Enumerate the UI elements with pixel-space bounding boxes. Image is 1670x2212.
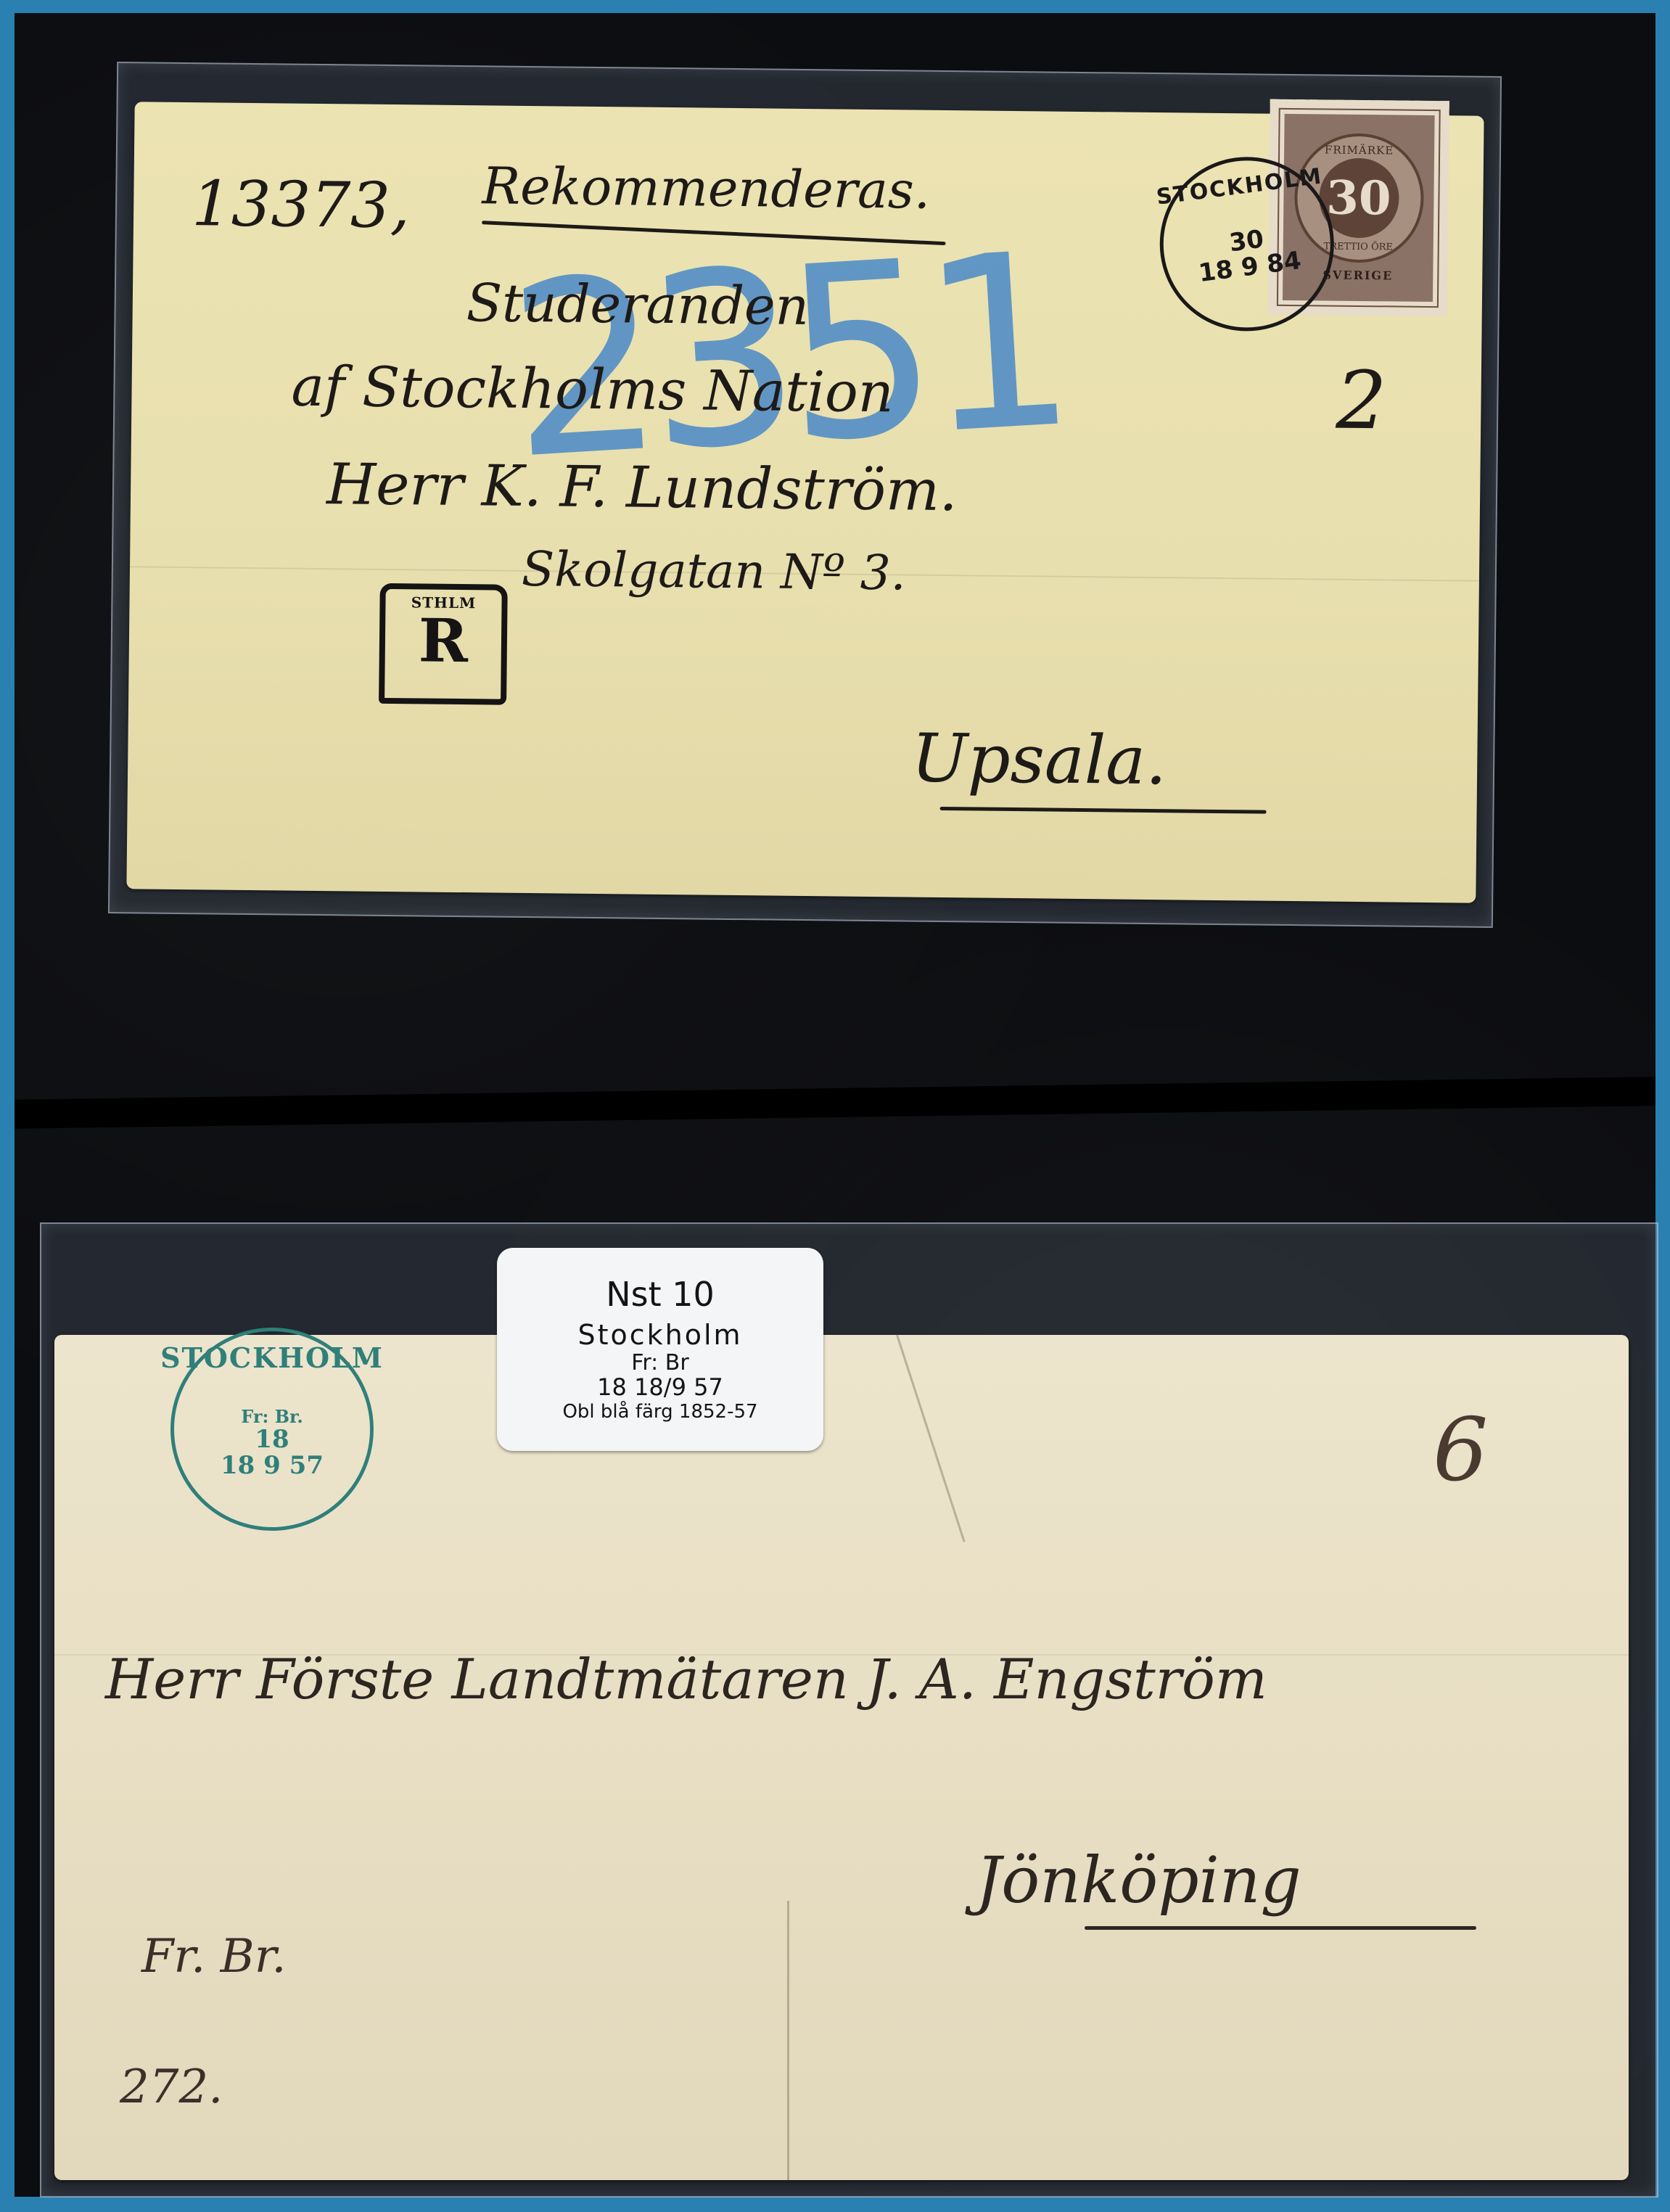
postmark-line-2: 18 9 84 bbox=[1197, 248, 1302, 287]
addressee-line: Herr Förste Landtmätaren J. A. Engström bbox=[105, 1647, 1267, 1711]
postmark-line-1: Fr: Br. bbox=[241, 1406, 303, 1427]
stamp-country: SVERIGE bbox=[1323, 268, 1393, 282]
address-line-1: Studeranden bbox=[466, 272, 809, 337]
address-line-2: af Stockholms Nation bbox=[291, 354, 894, 425]
docket-number: 272. bbox=[120, 2060, 223, 2114]
stamp-top-text: FRIMÄRKE bbox=[1298, 143, 1421, 157]
destination-underline bbox=[940, 807, 1267, 814]
stockholm-postmark-blue: STOCKHOLM Fr: Br. 18 18 9 57 bbox=[170, 1328, 374, 1531]
label-line-3: Fr: Br bbox=[497, 1351, 823, 1375]
paper-crease bbox=[787, 1901, 789, 2180]
postmark-line-3: 18 9 57 bbox=[221, 1453, 324, 1479]
destination-city: Jönköping bbox=[976, 1843, 1301, 1917]
paper-tear bbox=[896, 1335, 966, 1542]
label-line-4: 18 18/9 57 bbox=[497, 1375, 823, 1400]
label-line-5: Obl blå färg 1852-57 bbox=[497, 1402, 823, 1423]
label-line-2: Stockholm bbox=[497, 1320, 823, 1351]
address-line-3: Herr K. F. Lundström. bbox=[326, 452, 958, 524]
registration-r-handstamp: STHLM R bbox=[379, 583, 508, 705]
collector-label-card: Nst 10 Stockholm Fr: Br 18 18/9 57 Obl b… bbox=[497, 1248, 823, 1451]
registration-letter: R bbox=[385, 611, 502, 672]
label-line-1: Nst 10 bbox=[497, 1276, 823, 1313]
reference-number: 13373, bbox=[192, 168, 411, 242]
stampless-cover-1857: STOCKHOLM Fr: Br. 18 18 9 57 6 Herr Förs… bbox=[54, 1335, 1629, 2180]
franco-note: Fr. Br. bbox=[141, 1930, 287, 1983]
destination-city: Upsala. bbox=[911, 720, 1167, 800]
rate-mark: 6 bbox=[1433, 1400, 1488, 1501]
destination-underline bbox=[1085, 1926, 1476, 1930]
postmark-town: STOCKHOLM bbox=[160, 1341, 384, 1374]
postmark-line-2: 18 bbox=[255, 1427, 289, 1453]
registered-cover-1884: 13373, Rekommenderas. 2351 Studeranden a… bbox=[126, 102, 1484, 903]
address-line-4: Skolgatan Nº 3. bbox=[522, 541, 907, 601]
postmark-town: STOCKHOLM bbox=[1155, 163, 1324, 210]
registration-note: Rekommenderas. bbox=[482, 156, 930, 220]
side-mark: 2 bbox=[1336, 354, 1387, 448]
